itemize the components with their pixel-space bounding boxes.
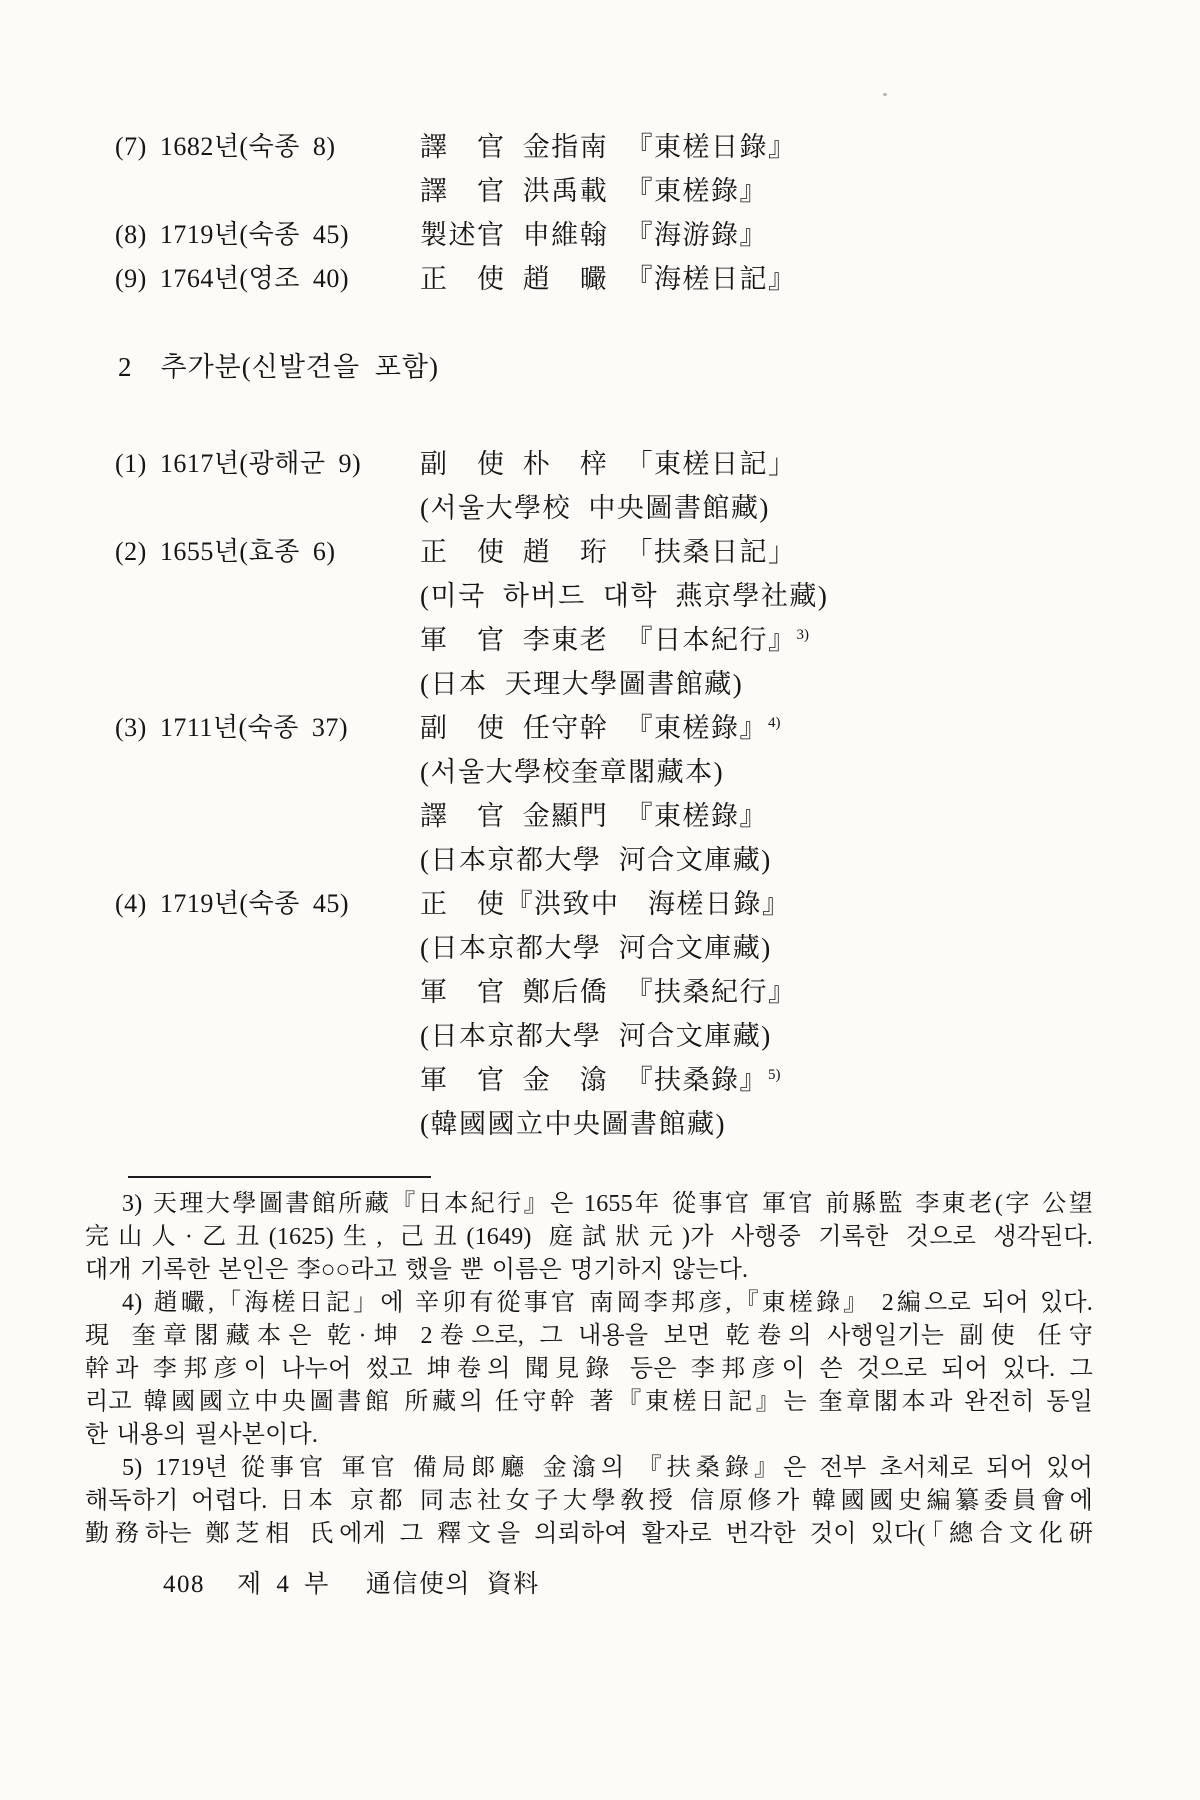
row-archive-note: (韓國國立中央圖書館藏) (420, 1109, 726, 1139)
record-title-text: 副 使 任守幹 『東槎錄』 (420, 713, 768, 743)
list-row: (서울大學校奎章閣藏本) (0, 750, 1140, 794)
row-record-text: 副 使 朴 梓 「東槎日記」 (420, 449, 797, 479)
row-archive-note: (日本京都大學 河合文庫藏) (420, 933, 772, 963)
footnote-line: 勤務하는 鄭芝相 氏에게 그 釋文을 의뢰하여 활자로 번각한 것이 있다(「總… (85, 1518, 1093, 1551)
list-row: (日本京都大學 河合文庫藏) (0, 926, 1140, 970)
page-footer: 408제 4 부通信使의 資料 (163, 1568, 540, 1602)
row-archive-note: (미국 하버드 대학 燕京學社藏) (420, 581, 828, 611)
row-record-text: 譯 官 金顯門 『東槎錄』 (420, 801, 768, 831)
footnote-ref-4: 4) (768, 715, 781, 731)
list-row: (日本 天理大學圖書館藏) (0, 662, 1140, 706)
row-year-label: (9) 1764년(영조 40) (115, 257, 420, 301)
row-year-label: (4) 1719년(숙종 45) (115, 882, 420, 926)
row-record-text: 軍 官 李東老 『日本紀行』3) (420, 625, 809, 655)
row-archive-note: (서울大學校奎章閣藏本) (420, 757, 724, 787)
list-row: (4) 1719년(숙종 45)正 使『洪致中 海槎日錄』 (0, 882, 1140, 926)
row-record-text: 譯 官 金指南 『東槎日錄』 (420, 132, 797, 162)
footnote-line: 한 내용의 필사본이다. (85, 1419, 1093, 1452)
footnote-separator-rule (128, 1176, 431, 1178)
list-row: (서울大學校 中央圖書館藏) (0, 486, 1140, 530)
list-row: 譯 官 金顯門 『東槎錄』 (0, 794, 1140, 838)
list-row: 軍 官 李東老 『日本紀行』3) (0, 618, 1140, 662)
row-record-text: 軍 官 金 潝 『扶桑錄』5) (420, 1065, 781, 1095)
record-title-text: 軍 官 金 潝 『扶桑錄』 (420, 1065, 768, 1095)
part-label: 제 4 부 (237, 1571, 330, 1598)
list-row: (1) 1617년(광해군 9)副 使 朴 梓 「東槎日記」 (0, 442, 1140, 486)
row-year-label: (2) 1655년(효종 6) (115, 530, 420, 574)
row-record-text: 正 使 趙 曮 『海槎日記』 (420, 264, 797, 294)
footnote-line: 해독하기 어렵다. 日本 京都 同志社女子大學敎授 信原修가 韓國國史編纂委員會… (85, 1485, 1093, 1518)
list-row: (8) 1719년(숙종 45)製述官 申維翰 『海游錄』 (0, 213, 1140, 257)
footnote-line: 리고 韓國國立中央圖書館 所藏의 任守幹 著『東槎日記』는 奎章閣本과 완전히 … (85, 1386, 1093, 1419)
row-record-text: 軍 官 鄭后僑 『扶桑紀行』 (420, 977, 797, 1007)
list-row: (3) 1711년(숙종 37)副 使 任守幹 『東槎錄』4) (0, 706, 1140, 750)
list-row: (9) 1764년(영조 40)正 使 趙 曮 『海槎日記』 (0, 257, 1140, 301)
list-row: (日本京都大學 河合文庫藏) (0, 838, 1140, 882)
footnote-line: 現 奎章閣藏本은 乾·坤 2卷으로, 그 내용을 보면 乾卷의 사행일기는 副使… (85, 1320, 1093, 1353)
row-year-label: (7) 1682년(숙종 8) (115, 125, 420, 169)
footnote-line: 5) 1719년 從事官 軍官 備局郞廳 金潝의 『扶桑錄』은 전부 초서체로 … (85, 1452, 1093, 1485)
row-record-text: 譯 官 洪禹載 『東槎錄』 (420, 176, 768, 206)
row-archive-note: (서울大學校 中央圖書館藏) (420, 493, 770, 523)
list-row: (미국 하버드 대학 燕京學社藏) (0, 574, 1140, 618)
footnote-line: 4) 趙曮,「海槎日記」에 辛卯有從事官 南岡李邦彦,『東槎錄』 2編으로 되어… (85, 1287, 1093, 1320)
list-row: (2) 1655년(효종 6)正 使 趙 珩 「扶桑日記」 (0, 530, 1140, 574)
list-row: (日本京都大學 河合文庫藏) (0, 1014, 1140, 1058)
list-row: 軍 官 金 潝 『扶桑錄』5) (0, 1058, 1140, 1102)
row-archive-note: (日本 天理大學圖書館藏) (420, 669, 743, 699)
list-row: 軍 官 鄭后僑 『扶桑紀行』 (0, 970, 1140, 1014)
footnote-line: 幹과 李邦彦이 나누어 썼고 坤卷의 聞見錄 등은 李邦彦이 쓴 것으로 되어 … (85, 1353, 1093, 1386)
footnote-line: 完山人·乙丑(1625)生, 己丑(1649) 庭試狀元)가 사행중 기록한 것… (85, 1221, 1093, 1254)
row-record-text: 正 使 趙 珩 「扶桑日記」 (420, 537, 797, 567)
mission-record-list-additional: (1) 1617년(광해군 9)副 使 朴 梓 「東槎日記」 (서울大學校 中央… (0, 442, 1140, 1146)
footnote-ref-3: 3) (797, 627, 810, 643)
row-record-text: 副 使 任守幹 『東槎錄』4) (420, 713, 781, 743)
row-year-label: (8) 1719년(숙종 45) (115, 213, 420, 257)
part-title: 通信使의 資料 (366, 1571, 540, 1598)
row-year-label: (3) 1711년(숙종 37) (115, 706, 420, 750)
row-archive-note: (日本京都大學 河合文庫藏) (420, 845, 772, 875)
scanned-book-page: (7) 1682년(숙종 8)譯 官 金指南 『東槎日錄』 譯 官 洪禹載 『東… (0, 0, 1200, 1800)
row-year-label: (1) 1617년(광해군 9) (115, 442, 420, 486)
scan-speckle (883, 93, 887, 96)
list-row: (韓國國立中央圖書館藏) (0, 1102, 1140, 1146)
row-record-text: 正 使『洪致中 海槎日錄』 (420, 889, 791, 919)
mission-record-list-main: (7) 1682년(숙종 8)譯 官 金指南 『東槎日錄』 譯 官 洪禹載 『東… (0, 125, 1140, 301)
footnote-line: 3) 天理大學圖書館所藏『日本紀行』은 1655年 從事官 軍官 前縣監 李東老… (85, 1188, 1093, 1221)
list-row: (7) 1682년(숙종 8)譯 官 金指南 『東槎日錄』 (0, 125, 1140, 169)
record-title-text: 軍 官 李東老 『日本紀行』 (420, 625, 797, 655)
row-record-text: 製述官 申維翰 『海游錄』 (420, 220, 768, 250)
footnote-ref-5: 5) (768, 1067, 781, 1083)
page-number: 408 (163, 1571, 205, 1598)
list-row: 譯 官 洪禹載 『東槎錄』 (0, 169, 1140, 213)
footnotes-block: 3) 天理大學圖書館所藏『日本紀行』은 1655年 從事官 軍官 前縣監 李東老… (85, 1188, 1093, 1551)
footnote-line: 대개 기록한 본인은 李○○라고 했을 뿐 이름은 명기하지 않는다. (85, 1254, 1093, 1287)
section-heading: 2 추가분(신발견을 포함) (118, 350, 439, 384)
row-archive-note: (日本京都大學 河合文庫藏) (420, 1021, 772, 1051)
